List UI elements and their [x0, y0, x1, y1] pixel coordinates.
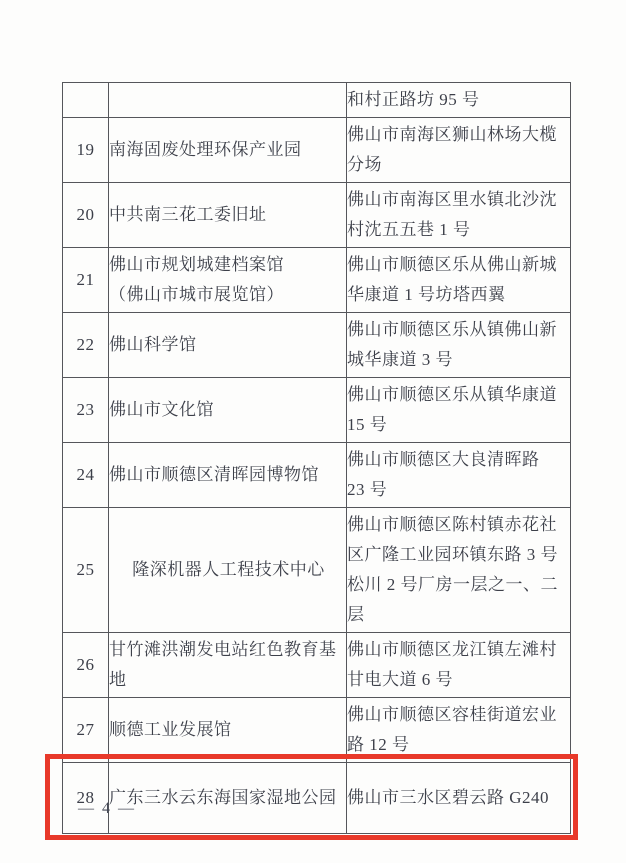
- venue-address-cell: 佛山市南海区狮山林场大榄分场: [347, 118, 571, 183]
- row-number-cell: 21: [63, 248, 109, 313]
- table-row: 23佛山市文化馆佛山市顺德区乐从镇华康道 15 号: [63, 378, 571, 443]
- table-row: 22佛山科学馆佛山市顺德区乐从镇佛山新城华康道 3 号: [63, 313, 571, 378]
- table-row: 28广东三水云东海国家湿地公园佛山市三水区碧云路 G240: [63, 763, 571, 834]
- venue-table-wrapper: 和村正路坊 95 号19南海固废处理环保产业园佛山市南海区狮山林场大榄分场20中…: [62, 82, 570, 834]
- venue-name-cell: 甘竹滩洪潮发电站红色教育基地: [109, 633, 347, 698]
- venue-name-cell: 隆深机器人工程技术中心: [109, 508, 347, 633]
- table-row: 27顺德工业发展馆佛山市顺德区容桂街道宏业路 12 号: [63, 698, 571, 763]
- venue-address-cell: 佛山市南海区里水镇北沙沈村沈五五巷 1 号: [347, 183, 571, 248]
- table-row: 21佛山市规划城建档案馆 （佛山市城市展览馆）佛山市顺德区乐从佛山新城华康道 1…: [63, 248, 571, 313]
- venue-address-cell: 和村正路坊 95 号: [347, 83, 571, 118]
- page-number: — 4 —: [78, 800, 136, 818]
- row-number-cell: 23: [63, 378, 109, 443]
- table-row: 24佛山市顺德区清晖园博物馆佛山市顺德区大良清晖路 23 号: [63, 443, 571, 508]
- venue-name-cell: 广东三水云东海国家湿地公园: [109, 763, 347, 834]
- row-number-cell: 25: [63, 508, 109, 633]
- venue-name-cell: 中共南三花工委旧址: [109, 183, 347, 248]
- venue-name-cell: 佛山市顺德区清晖园博物馆: [109, 443, 347, 508]
- table-row: 和村正路坊 95 号: [63, 83, 571, 118]
- row-number-cell: 27: [63, 698, 109, 763]
- table-row: 20中共南三花工委旧址佛山市南海区里水镇北沙沈村沈五五巷 1 号: [63, 183, 571, 248]
- venue-name-cell: 佛山科学馆: [109, 313, 347, 378]
- table-row: 19南海固废处理环保产业园佛山市南海区狮山林场大榄分场: [63, 118, 571, 183]
- row-number-cell: 22: [63, 313, 109, 378]
- venue-name-cell: 南海固废处理环保产业园: [109, 118, 347, 183]
- venue-address-cell: 佛山市顺德区龙江镇左滩村甘电大道 6 号: [347, 633, 571, 698]
- row-number-cell: [63, 83, 109, 118]
- venue-name-cell: [109, 83, 347, 118]
- row-number-cell: 20: [63, 183, 109, 248]
- venue-name-cell: 佛山市规划城建档案馆 （佛山市城市展览馆）: [109, 248, 347, 313]
- venue-address-cell: 佛山市顺德区乐从镇佛山新城华康道 3 号: [347, 313, 571, 378]
- venue-table: 和村正路坊 95 号19南海固废处理环保产业园佛山市南海区狮山林场大榄分场20中…: [62, 82, 571, 834]
- row-number-cell: 24: [63, 443, 109, 508]
- venue-address-cell: 佛山市三水区碧云路 G240: [347, 763, 571, 834]
- venue-address-cell: 佛山市顺德区陈村镇赤花社区广隆工业园环镇东路 3 号松川 2 号厂房一层之一、二…: [347, 508, 571, 633]
- venue-name-cell: 顺德工业发展馆: [109, 698, 347, 763]
- venue-address-cell: 佛山市顺德区乐从佛山新城华康道 1 号坊塔西翼: [347, 248, 571, 313]
- venue-address-cell: 佛山市顺德区容桂街道宏业路 12 号: [347, 698, 571, 763]
- scanned-document-page: 和村正路坊 95 号19南海固废处理环保产业园佛山市南海区狮山林场大榄分场20中…: [0, 0, 626, 863]
- table-row: 26甘竹滩洪潮发电站红色教育基地佛山市顺德区龙江镇左滩村甘电大道 6 号: [63, 633, 571, 698]
- row-number-cell: 19: [63, 118, 109, 183]
- table-row: 25隆深机器人工程技术中心佛山市顺德区陈村镇赤花社区广隆工业园环镇东路 3 号松…: [63, 508, 571, 633]
- row-number-cell: 26: [63, 633, 109, 698]
- row-number-cell: 28: [63, 763, 109, 834]
- venue-address-cell: 佛山市顺德区大良清晖路 23 号: [347, 443, 571, 508]
- venue-address-cell: 佛山市顺德区乐从镇华康道 15 号: [347, 378, 571, 443]
- venue-name-cell: 佛山市文化馆: [109, 378, 347, 443]
